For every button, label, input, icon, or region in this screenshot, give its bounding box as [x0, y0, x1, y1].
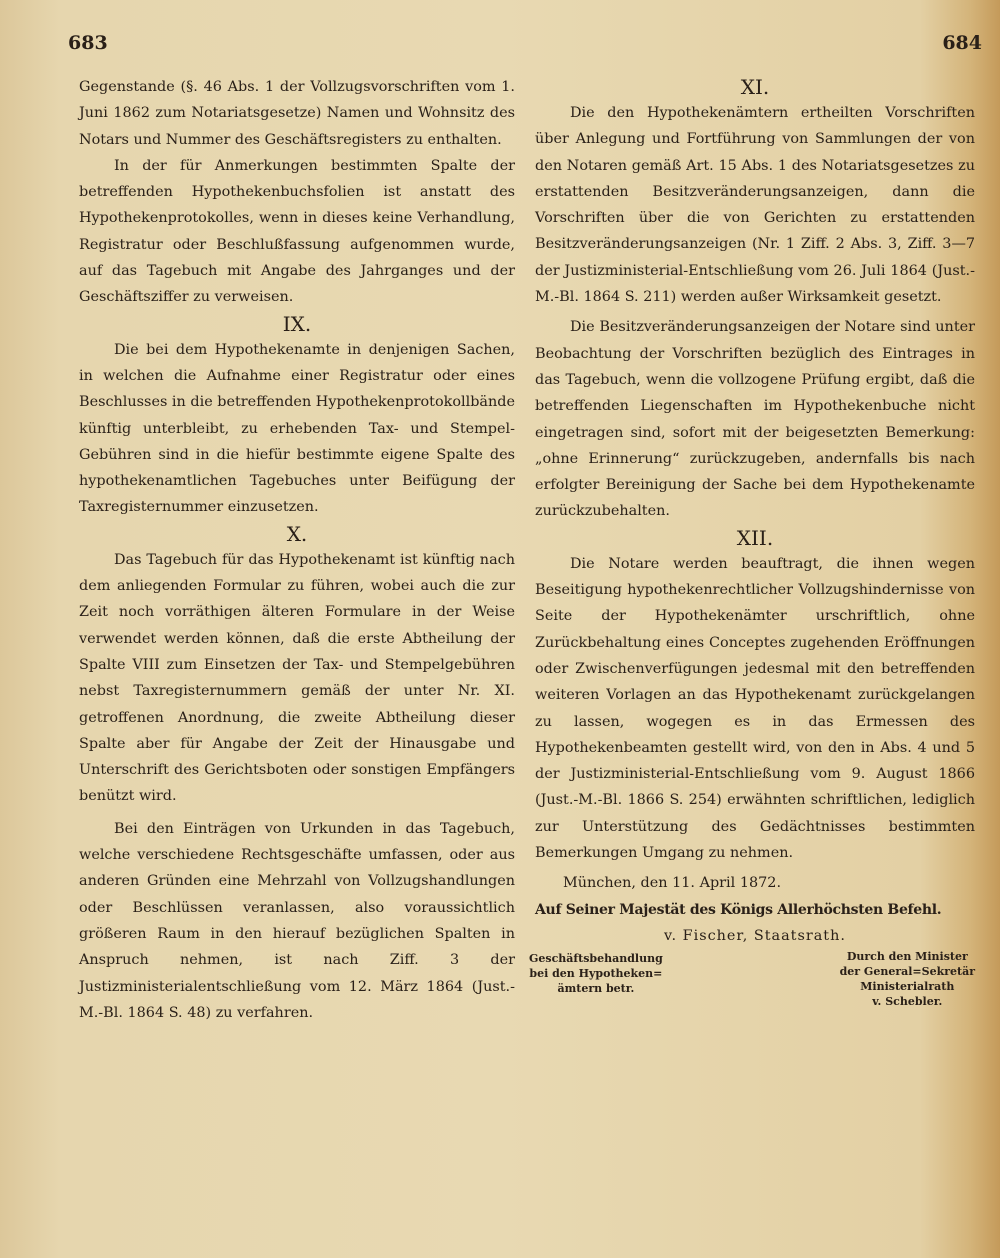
page-number-left: 683: [68, 32, 108, 54]
paragraph-section-x: Das Tagebuch für das Hypothekenamt ist k…: [79, 547, 515, 810]
section-heading-xii: XII.: [535, 525, 975, 551]
subject-note: Geschäftsbehandlung bei den Hypotheken= …: [529, 951, 663, 996]
signer: v. Fischer, Staatsrath.: [535, 923, 975, 949]
date-line: München, den 11. April 1872.: [535, 870, 975, 896]
paragraph-eintraege: Bei den Einträgen von Urkunden in das Ta…: [79, 816, 515, 1026]
left-column: Gegenstande (§. 46 Abs. 1 der Vollzugsvo…: [79, 74, 515, 1026]
countersignature: Durch den Minister der General=Sekretär …: [840, 949, 975, 1009]
right-column: XI. Die den Hypothekenämtern ertheilten …: [535, 74, 975, 1019]
paragraph-besitzveraenderung: Die Besitzveränderungsanzeigen der Notar…: [535, 314, 975, 524]
paragraph-section-xi: Die den Hypothekenämtern ertheilten Vors…: [535, 100, 975, 310]
paragraph-section-xii: Die Notare werden beauftragt, die ihnen …: [535, 551, 975, 867]
paragraph-anmerkungen: In der für Anmerkungen bestimmten Spalte…: [79, 153, 515, 311]
page-number-right: 684: [942, 32, 982, 54]
paragraph-continuation: Gegenstande (§. 46 Abs. 1 der Vollzugsvo…: [79, 74, 515, 153]
section-heading-ix: IX.: [79, 311, 515, 337]
footer-block: Geschäftsbehandlung bei den Hypotheken= …: [535, 949, 975, 1019]
section-heading-x: X.: [79, 521, 515, 547]
section-heading-xi: XI.: [535, 74, 975, 100]
paragraph-section-ix: Die bei dem Hypothekenamte in denjenigen…: [79, 337, 515, 521]
royal-command: Auf Seiner Majestät des Königs Allerhöch…: [535, 897, 975, 923]
